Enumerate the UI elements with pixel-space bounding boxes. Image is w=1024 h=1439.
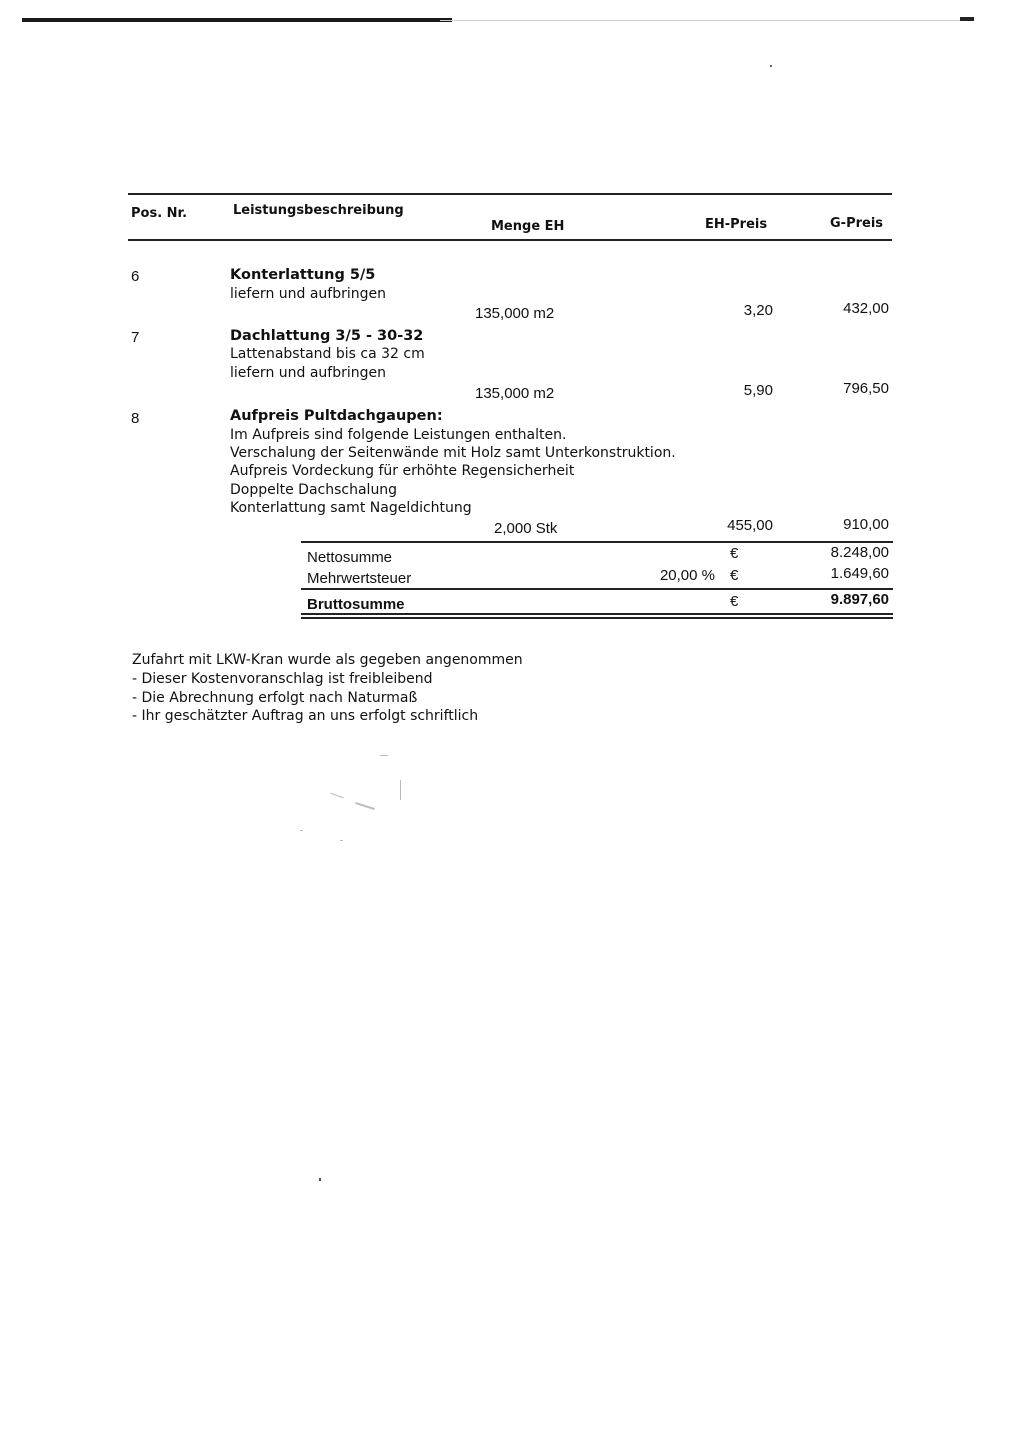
note-line: - Die Abrechnung erfolgt nach Naturmaß [132, 690, 417, 706]
row-quantity: 2,000 Stk [494, 520, 557, 537]
row-line: Verschalung der Seitenwände mit Holz sam… [230, 445, 676, 461]
net-value: 8.248,00 [780, 544, 889, 561]
header-pos: Pos. Nr. [131, 206, 187, 221]
note-line: Zufahrt mit LKW-Kran wurde als gegeben a… [132, 652, 523, 668]
row-line: Lattenabstand bis ca 32 cm [230, 346, 425, 362]
row-line: liefern und aufbringen [230, 286, 386, 302]
row-total: 796,50 [800, 380, 889, 397]
row-line: Konterlattung samt Nageldichtung [230, 500, 472, 516]
header-description: Leistungsbeschreibung [233, 203, 404, 218]
header-unit-price: EH-Preis [705, 217, 767, 232]
note-line: - Ihr geschätzter Auftrag an uns erfolgt… [132, 708, 478, 724]
row-line: Im Aufpreis sind folgende Leistungen ent… [230, 427, 566, 443]
net-currency: € [730, 545, 738, 562]
header-quantity: Menge EH [491, 219, 564, 234]
header-bottom-rule [128, 239, 892, 241]
gross-currency: € [730, 593, 738, 610]
scan-edge-line [22, 18, 452, 22]
row-unit-price: 3,20 [700, 302, 773, 319]
row-total: 910,00 [800, 516, 889, 533]
row-line: liefern und aufbringen [230, 365, 386, 381]
row-title: Aufpreis Pultdachgaupen: [230, 408, 443, 424]
totals-bottom-rule-1 [301, 613, 893, 615]
vat-label: Mehrwertsteuer [307, 570, 411, 587]
header-total-price: G-Preis [830, 216, 883, 231]
scan-edge-line-faded [440, 20, 960, 21]
row-line: Doppelte Dachschalung [230, 482, 397, 498]
totals-bottom-rule-2 [301, 617, 893, 619]
gross-value: 9.897,60 [780, 591, 889, 608]
row-pos: 8 [131, 410, 139, 427]
totals-top-rule [301, 541, 893, 543]
scan-dot [770, 65, 772, 67]
vat-rate: 20,00 % [620, 567, 715, 584]
row-unit-price: 455,00 [700, 517, 773, 534]
gross-label: Bruttosumme [307, 596, 405, 613]
vat-value: 1.649,60 [780, 565, 889, 582]
row-unit-price: 5,90 [700, 382, 773, 399]
totals-mid-rule [301, 588, 893, 590]
row-pos: 7 [131, 329, 139, 346]
row-quantity: 135,000 m2 [475, 385, 554, 402]
row-title: Dachlattung 3/5 - 30-32 [230, 328, 423, 344]
header-top-rule [128, 193, 892, 195]
row-line: Aufpreis Vordeckung für erhöhte Regensic… [230, 463, 574, 479]
scan-dot [319, 1178, 321, 1181]
scan-mark [960, 17, 974, 21]
note-line: - Dieser Kostenvoranschlag ist freibleib… [132, 671, 433, 687]
net-label: Nettosumme [307, 549, 392, 566]
vat-currency: € [730, 567, 738, 584]
row-quantity: 135,000 m2 [475, 305, 554, 322]
row-total: 432,00 [800, 300, 889, 317]
row-pos: 6 [131, 268, 139, 285]
row-title: Konterlattung 5/5 [230, 267, 375, 283]
